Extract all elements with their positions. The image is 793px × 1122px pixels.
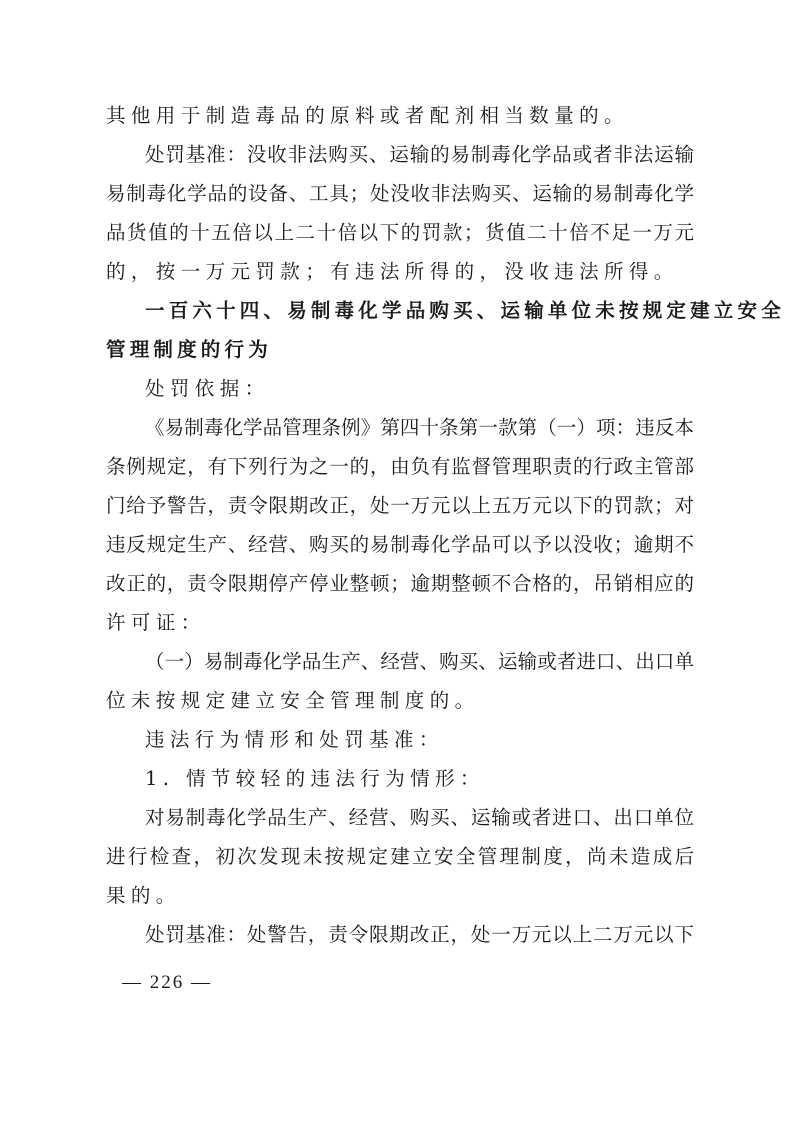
paragraph-line: 进行检查，初次发现未按规定建立安全管理制度，尚未造成后 xyxy=(106,837,694,876)
paragraph-line: 许可证： xyxy=(106,603,694,642)
subheading-violation-criteria: 违法行为情形和处罚基准： xyxy=(106,720,694,759)
section-heading: 一百六十四、易制毒化学品购买、运输单位未按规定建立安全 xyxy=(106,291,694,330)
subheading-penalty-basis: 处罚依据： xyxy=(106,369,694,408)
paragraph-line: 处罚基准：处警告，责令限期改正，处一万元以上二万元以下 xyxy=(106,915,694,954)
section-heading: 管理制度的行为 xyxy=(106,330,694,369)
paragraph-line: 对易制毒化学品生产、经营、购买、运输或者进口、出口单位 xyxy=(106,798,694,837)
paragraph-line: 其他用于制造毒品的原料或者配剂相当数量的。 xyxy=(106,96,694,135)
page-number: — 226 — xyxy=(122,972,212,994)
paragraph-line: 品货值的十五倍以上二十倍以下的罚款；货值二十倍不足一万元 xyxy=(106,213,694,252)
paragraph-line: 果的。 xyxy=(106,876,694,915)
paragraph-line: 改正的，责令限期停产停业整顿；逾期整顿不合格的，吊销相应的 xyxy=(106,564,694,603)
subheading-minor-case: 1. 情节较轻的违法行为情形： xyxy=(106,759,694,798)
paragraph-line: （一）易制毒化学品生产、经营、购买、运输或者进口、出口单 xyxy=(106,642,694,681)
paragraph-line: 条例规定，有下列行为之一的，由负有监督管理职责的行政主管部 xyxy=(106,447,694,486)
paragraph-line: 的，按一万元罚款；有违法所得的，没收违法所得。 xyxy=(106,252,694,291)
document-page: 其他用于制造毒品的原料或者配剂相当数量的。 处罚基准：没收非法购买、运输的易制毒… xyxy=(106,96,694,954)
paragraph-line: 处罚基准：没收非法购买、运输的易制毒化学品或者非法运输 xyxy=(106,135,694,174)
paragraph-line: 门给予警告，责令限期改正，处一万元以上五万元以下的罚款；对 xyxy=(106,486,694,525)
paragraph-line: 违反规定生产、经营、购买的易制毒化学品可以予以没收；逾期不 xyxy=(106,525,694,564)
paragraph-line: 位未按规定建立安全管理制度的。 xyxy=(106,681,694,720)
paragraph-line: 《易制毒化学品管理条例》第四十条第一款第（一）项：违反本 xyxy=(106,408,694,447)
paragraph-line: 易制毒化学品的设备、工具；处没收非法购买、运输的易制毒化学 xyxy=(106,174,694,213)
